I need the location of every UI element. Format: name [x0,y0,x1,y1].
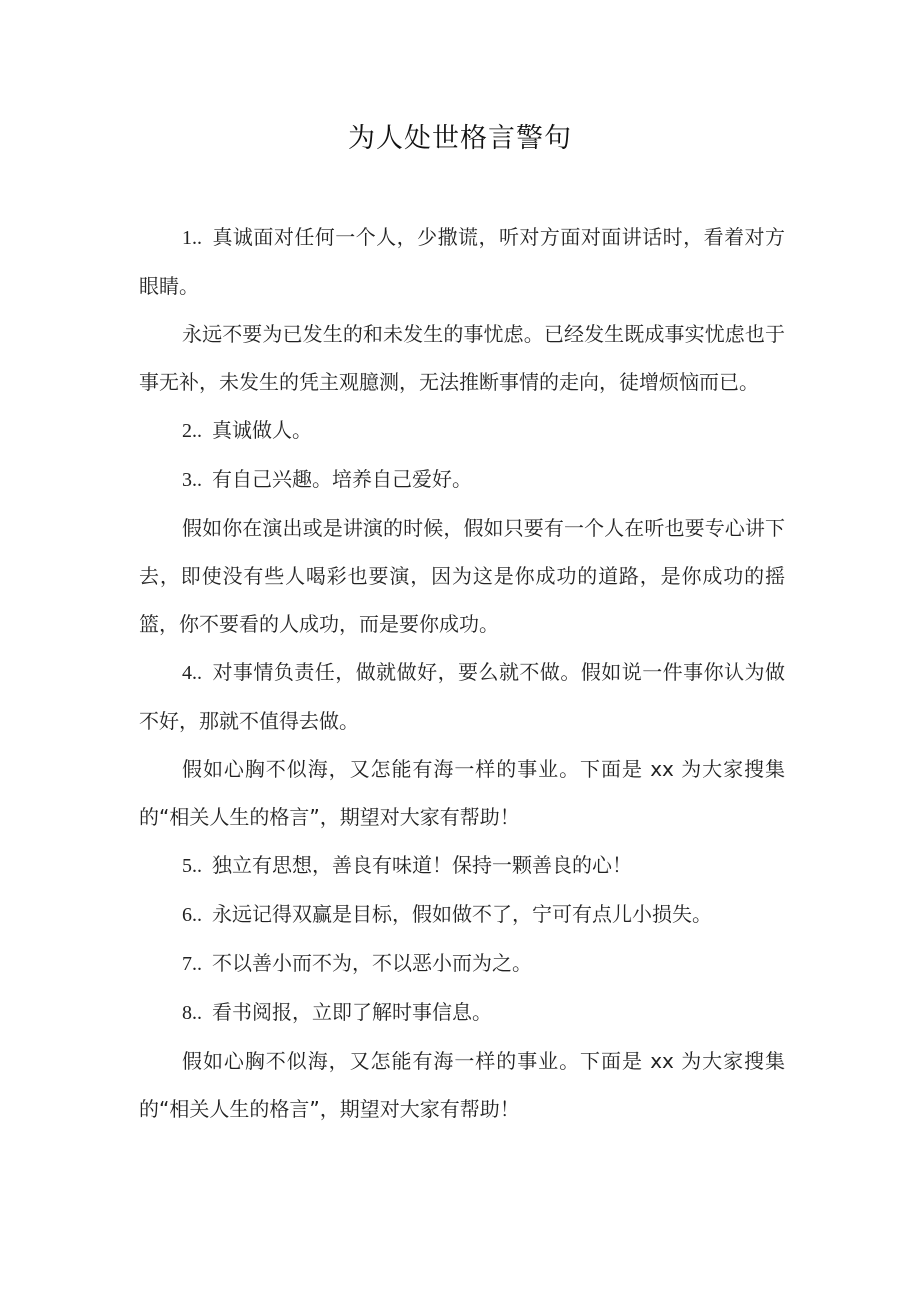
paragraph-2: 永远不要为已发生的和未发生的事忧虑。已经发生既成事实忧虑也于事无补，未发生的凭主… [139,310,785,406]
paragraph-text: 真诚面对任何一个人，少撒谎，听对方面对面讲话时，看着对方眼睛。 [139,225,785,298]
paragraph-8: 5..独立有思想，善良有味道！保持一颗善良的心！ [139,841,785,890]
paragraph-text: 假如心胸不似海，又怎能有海一样的事业。下面是 xx 为大家搜集的“相关人生的格言… [139,757,785,829]
paragraph-3: 2..真诚做人。 [139,406,785,455]
paragraph-11: 8..看书阅报，立即了解时事信息。 [139,988,785,1037]
paragraph-text: 不以善小而不为，不以恶小而为之。 [212,951,532,975]
item-number: 8.. [182,1002,202,1024]
item-number: 1.. [182,227,202,249]
item-number: 3.. [182,469,202,491]
document-body: 1..真诚面对任何一个人，少撒谎，听对方面对面讲话时，看着对方眼睛。 永远不要为… [139,213,785,1133]
paragraph-text: 真诚做人。 [212,418,312,442]
paragraph-text: 看书阅报，立即了解时事信息。 [212,1000,492,1024]
paragraph-text: 永远不要为已发生的和未发生的事忧虑。已经发生既成事实忧虑也于事无补，未发生的凭主… [139,322,785,394]
paragraph-text: 假如你在演出或是讲演的时候，假如只要有一个人在听也要专心讲下去，即使没有些人喝彩… [139,516,785,636]
item-number: 4.. [182,662,202,684]
item-number: 6.. [182,904,202,926]
paragraph-5: 假如你在演出或是讲演的时候，假如只要有一个人在听也要专心讲下去，即使没有些人喝彩… [139,504,785,648]
paragraph-10: 7..不以善小而不为，不以恶小而为之。 [139,939,785,988]
paragraph-7: 假如心胸不似海，又怎能有海一样的事业。下面是 xx 为大家搜集的“相关人生的格言… [139,745,785,841]
paragraph-text: 对事情负责任，做就做好，要么就不做。假如说一件事你认为做不好，那就不值得去做。 [139,660,785,733]
item-number: 2.. [182,420,202,442]
paragraph-text: 假如心胸不似海，又怎能有海一样的事业。下面是 xx 为大家搜集的“相关人生的格言… [139,1049,785,1121]
item-number: 5.. [182,855,202,877]
item-number: 7.. [182,953,202,975]
document-page: 为人处世格言警句 1..真诚面对任何一个人，少撒谎，听对方面对面讲话时，看着对方… [0,0,920,1302]
paragraph-4: 3..有自己兴趣。培养自己爱好。 [139,455,785,504]
paragraph-text: 独立有思想，善良有味道！保持一颗善良的心！ [212,853,632,877]
paragraph-6: 4..对事情负责任，做就做好，要么就不做。假如说一件事你认为做不好，那就不值得去… [139,648,785,745]
paragraph-text: 永远记得双赢是目标，假如做不了，宁可有点儿小损失。 [212,902,712,926]
paragraph-12: 假如心胸不似海，又怎能有海一样的事业。下面是 xx 为大家搜集的“相关人生的格言… [139,1037,785,1133]
paragraph-1: 1..真诚面对任何一个人，少撒谎，听对方面对面讲话时，看着对方眼睛。 [139,213,785,310]
paragraph-9: 6..永远记得双赢是目标，假如做不了，宁可有点儿小损失。 [139,890,785,939]
paragraph-text: 有自己兴趣。培养自己爱好。 [212,467,472,491]
document-title: 为人处世格言警句 [0,116,920,155]
